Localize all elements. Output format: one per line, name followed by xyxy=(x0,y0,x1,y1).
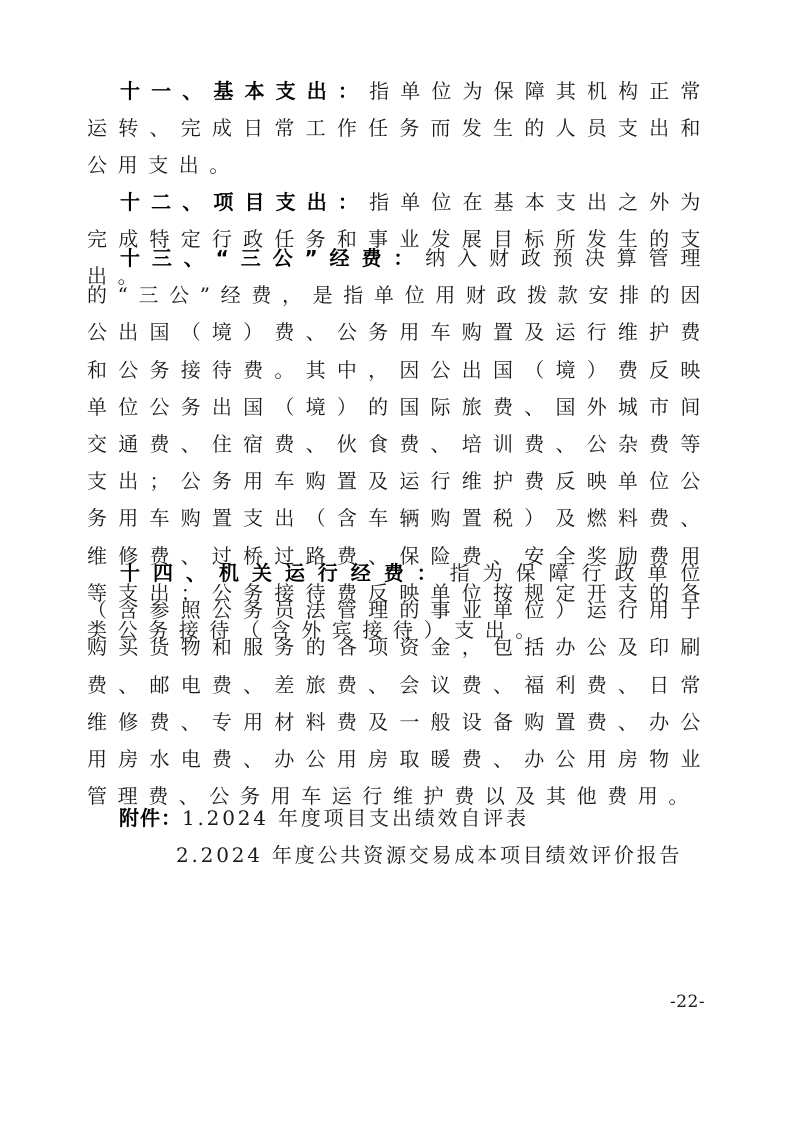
attachment-text: 2.2024 年度公共资源交易成本项目绩效评价报告 xyxy=(176,843,682,867)
attachment-item-1: 附件：1.2024 年度项目支出绩效自评表 xyxy=(119,803,529,833)
section-term: 十四、机关运行经费： xyxy=(120,561,450,585)
document-page: 十一、基本支出：指单位为保障其机构正常运转、完成日常工作任务而发生的人员支出和公… xyxy=(0,0,793,1122)
section-text: 指为保障行政单位（含参照公务员法管理的事业单位）运行用于购买货物和服务的各项资金… xyxy=(87,561,711,808)
section-term: 十一、基本支出： xyxy=(120,79,369,103)
page-number: -22- xyxy=(670,992,705,1012)
attachment-text: 1.2024 年度项目支出绩效自评表 xyxy=(182,806,529,830)
attachment-label: 附件： xyxy=(119,806,182,830)
attachment-item-2: 2.2024 年度公共资源交易成本项目绩效评价报告 xyxy=(176,840,682,870)
section-basic-expenditure: 十一、基本支出：指单位为保障其机构正常运转、完成日常工作任务而发生的人员支出和公… xyxy=(87,73,711,185)
section-term: 十二、项目支出： xyxy=(120,190,369,214)
section-agency-operating-expenses: 十四、机关运行经费：指为保障行政单位（含参照公务员法管理的事业单位）运行用于购买… xyxy=(87,555,711,815)
section-term: 十三、“三公”经费： xyxy=(120,246,425,270)
